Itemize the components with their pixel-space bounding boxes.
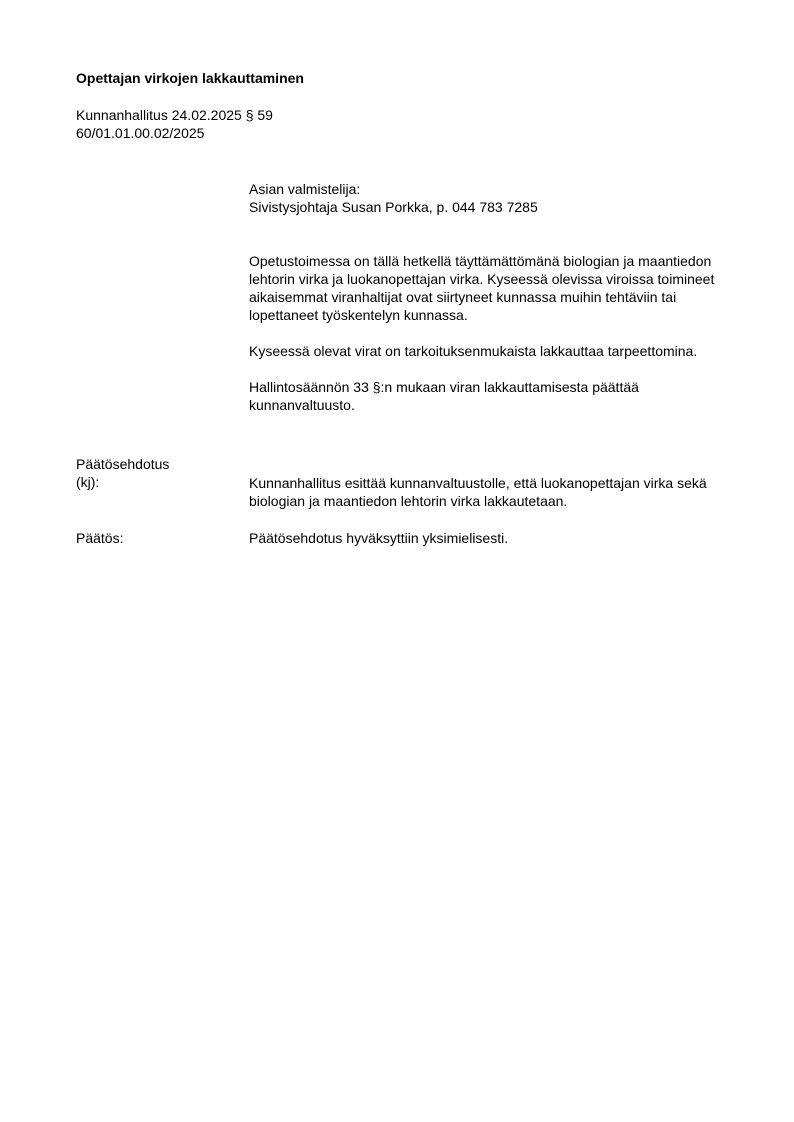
- meeting-line: Kunnanhallitus 24.02.2025 § 59: [76, 106, 273, 124]
- preparer-block: Asian valmistelija: Sivistysjohtaja Susa…: [249, 180, 739, 216]
- preparer-name: Sivistysjohtaja Susan Porkka, p. 044 783…: [249, 198, 739, 216]
- paragraph-3: Hallintosäännön 33 §:n mukaan viran lakk…: [249, 378, 739, 414]
- decision-text: Päätösehdotus hyväksyttiin yksimielisest…: [249, 529, 739, 547]
- preparer-label: Asian valmistelija:: [249, 180, 739, 198]
- proposal-label-line1: Päätösehdotus: [76, 455, 169, 473]
- proposal-label-line2: (kj):: [76, 473, 169, 491]
- document-title: Opettajan virkojen lakkauttaminen: [76, 69, 304, 87]
- meeting-meta: Kunnanhallitus 24.02.2025 § 59 60/01.01.…: [76, 106, 273, 142]
- proposal-text: Kunnanhallitus esittää kunnanvaltuustoll…: [249, 474, 739, 510]
- body-text: Opetustoimessa on tällä hetkellä täyttäm…: [249, 252, 739, 432]
- proposal-label: Päätösehdotus (kj):: [76, 455, 169, 491]
- paragraph-2: Kyseessä olevat virat on tarkoituksenmuk…: [249, 342, 739, 360]
- decision-label: Päätös:: [76, 529, 123, 547]
- paragraph-1: Opetustoimessa on tällä hetkellä täyttäm…: [249, 252, 739, 324]
- record-number: 60/01.01.00.02/2025: [76, 124, 273, 142]
